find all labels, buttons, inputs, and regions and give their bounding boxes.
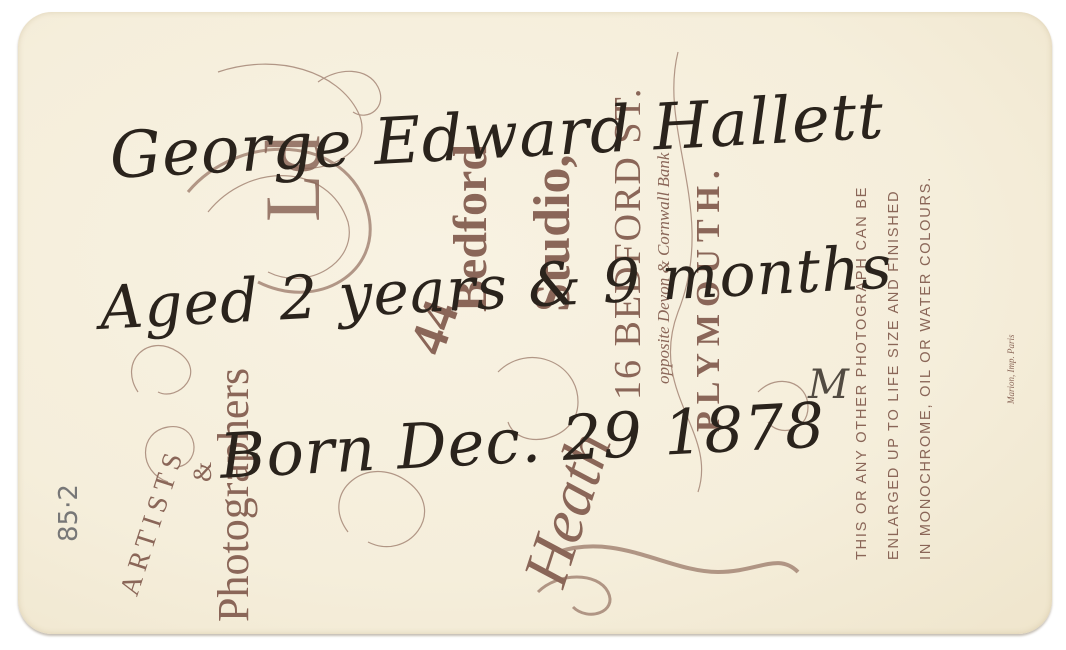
printer-credit: Marion, Imp. Paris: [1006, 335, 1016, 405]
photographers-label: Photographers: [208, 368, 259, 622]
carte-de-visite-back: Ld ARTISTS & Photographers Bedford Studi…: [18, 12, 1052, 634]
pencil-note: 85·2: [54, 484, 84, 542]
notice-line-3: IN MONOCHROME, OIL OR WATER COLOURS.: [918, 176, 934, 560]
